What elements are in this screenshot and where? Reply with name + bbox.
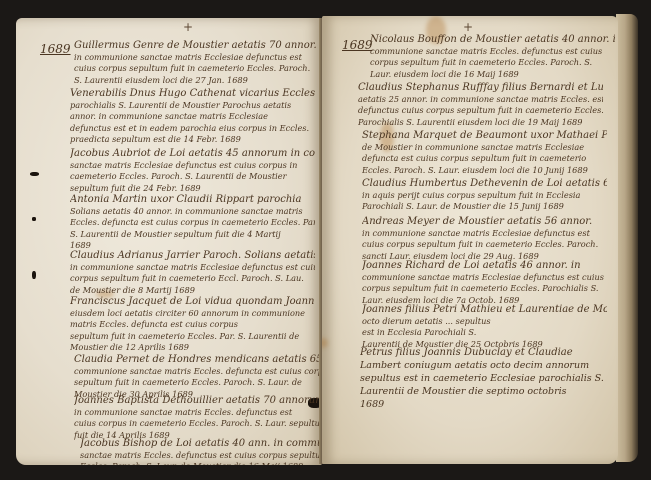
- ink-blot: [32, 271, 36, 279]
- register-entry: Claudius Stephanus Rufffay filius Bernar…: [358, 82, 603, 128]
- right-page: + 1689 Nicolaus Bouffon de Moustier aeta…: [322, 16, 618, 464]
- left-page: + 1689 Guillermus Genre de Moustier aeta…: [16, 18, 322, 465]
- open-register-book: + 1689 Guillermus Genre de Moustier aeta…: [0, 0, 651, 480]
- water-stain: [322, 338, 328, 348]
- year-marker: 1689: [40, 42, 71, 56]
- register-entry: Joannes Baptista Dethouillier aetatis 70…: [74, 395, 319, 441]
- register-entry: Nicolaus Bouffon de Moustier aetatis 40 …: [370, 34, 615, 80]
- register-entry: Venerabilis Dnus Hugo Cathenat vicarius …: [70, 88, 315, 146]
- top-cross-mark: +: [463, 20, 473, 34]
- page-edges: [616, 14, 638, 462]
- register-entry: Antonia Martin uxor Claudii Rippart paro…: [70, 194, 315, 252]
- register-entry: Claudia Pernet de Hondres mendicans aeta…: [74, 354, 319, 400]
- register-entry: Andreas Meyer de Moustier aetatis 56 ann…: [362, 216, 607, 262]
- ink-blot: [32, 217, 36, 221]
- register-entry: Jacobus Bishop de Loi aetatis 40 ann. in…: [80, 438, 322, 465]
- register-entry: Jacobus Aubriot de Loi aetatis 45 annoru…: [70, 148, 315, 194]
- top-cross-mark: +: [183, 20, 193, 34]
- register-entry: Joannes filius Petri Mathieu et Laurenti…: [362, 304, 607, 350]
- ink-blot: [30, 172, 39, 176]
- register-entry: Claudius Humbertus Dethevenin de Loi aet…: [362, 178, 607, 213]
- register-entry: Stephana Marquet de Beaumont uxor Mathae…: [362, 130, 607, 176]
- register-entry: Guillermus Genre de Moustier aetatis 70 …: [74, 40, 319, 86]
- register-entry: Joannes Richard de Loi aetatis 46 annor.…: [362, 260, 607, 306]
- register-entry: Franciscus Jacquet de Loi vidua quondam …: [70, 296, 315, 354]
- year-marker: 1689: [342, 38, 373, 52]
- register-entry: Claudius Adrianus Jarrier Paroch. Solian…: [70, 250, 315, 296]
- register-entry: Petrus filius Joannis Dubuclay et Claudi…: [360, 346, 610, 411]
